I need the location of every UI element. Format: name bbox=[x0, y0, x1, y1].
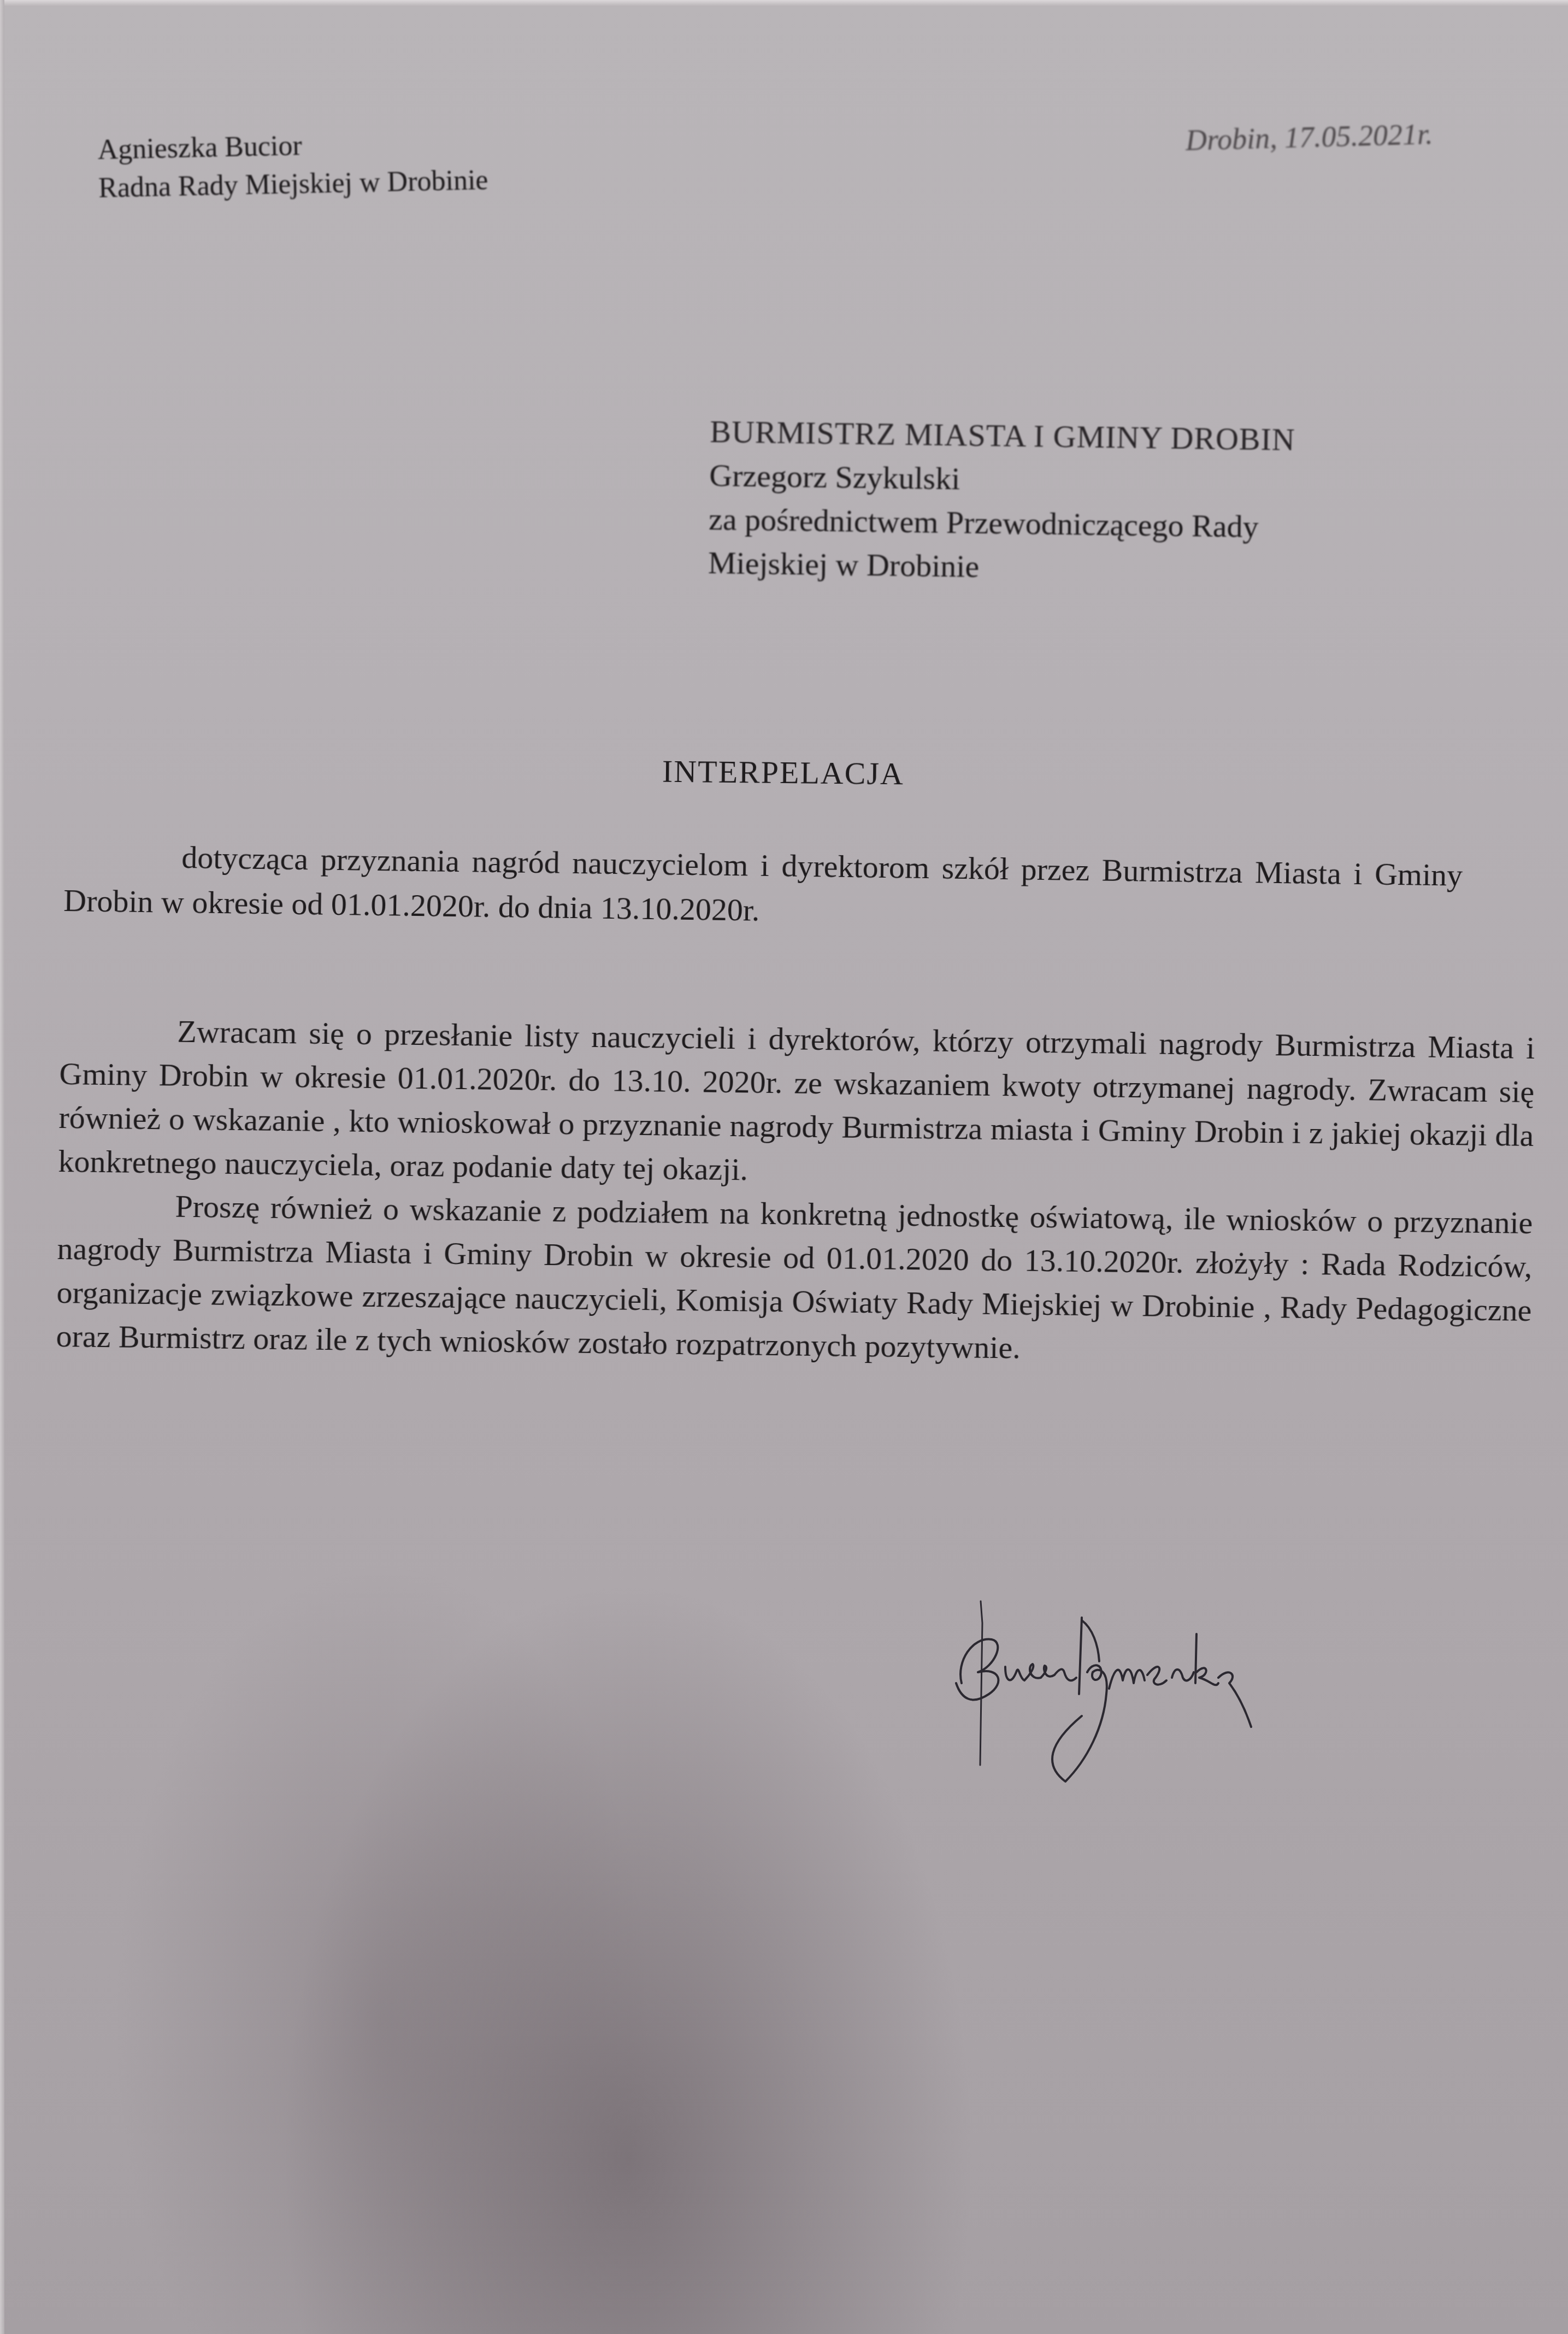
letter-body: Zwracam się o przesłanie listy nauczycie… bbox=[56, 1008, 1535, 1376]
place-date: Drobin, 17.05.2021r. bbox=[1185, 117, 1433, 157]
body-paragraph: Proszę również o wskazanie z podziałem n… bbox=[56, 1183, 1533, 1376]
recipient-via-cont: Miejskiej w Drobinie bbox=[708, 541, 1294, 593]
document-title: INTERPELACJA bbox=[662, 753, 905, 792]
body-paragraph: Zwracam się o przesłanie listy nauczycie… bbox=[58, 1008, 1535, 1201]
paper-left-edge bbox=[0, 0, 4, 2334]
sender-block: Agnieszka Bucior Radna Rady Miejskiej w … bbox=[97, 123, 488, 208]
recipient-office: BURMISTRZ MIASTA I GMINY DROBIN bbox=[710, 410, 1296, 462]
handwritten-signature bbox=[923, 1585, 1470, 1792]
paper-top-edge bbox=[0, 0, 1568, 7]
sender-role: Radna Rady Miejskiej w Drobinie bbox=[98, 161, 488, 208]
recipient-block: BURMISTRZ MIASTA I GMINY DROBIN Grzegorz… bbox=[708, 410, 1296, 593]
recipient-name: Grzegorz Szykulski bbox=[709, 454, 1295, 505]
recipient-via: za pośrednictwem Przewodniczącego Rady bbox=[709, 497, 1295, 549]
